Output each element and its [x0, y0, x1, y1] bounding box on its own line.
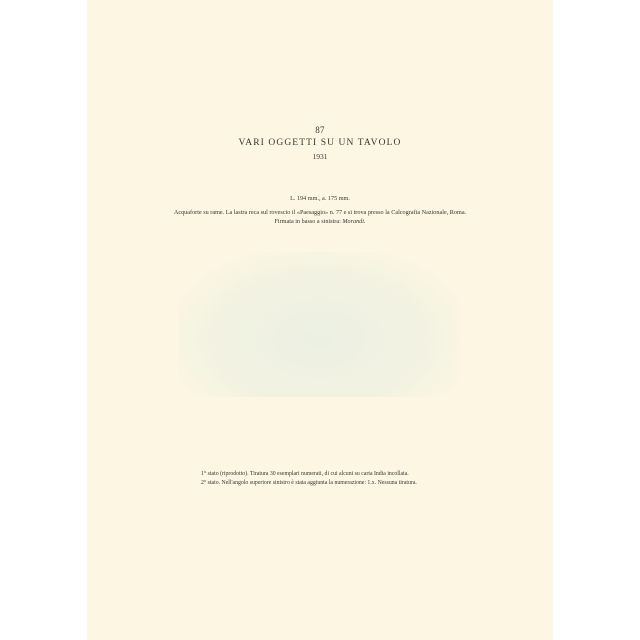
artwork-year: 1931 [0, 152, 640, 161]
artwork-title: VARI OGGETTI SU UN TAVOLO [0, 138, 640, 148]
signature: Morandi. [342, 218, 365, 225]
etching-image [178, 252, 460, 397]
description-line-2: Firmata in basso a sinistra: Morandi. [0, 218, 640, 225]
state-note-2: 2° stato. Nell'angolo superiore sinistro… [201, 480, 417, 486]
plate-number: 87 [0, 125, 640, 135]
dimensions: L. 194 mm., a. 175 mm. [0, 195, 640, 202]
state-note-1: 1° stato (riprodotto). Tiratura 30 esemp… [201, 471, 409, 477]
signature-label: Firmata in basso a sinistra: [274, 218, 342, 225]
description-line-1: Acquaforte su rame. La lastra reca sul r… [0, 209, 640, 216]
